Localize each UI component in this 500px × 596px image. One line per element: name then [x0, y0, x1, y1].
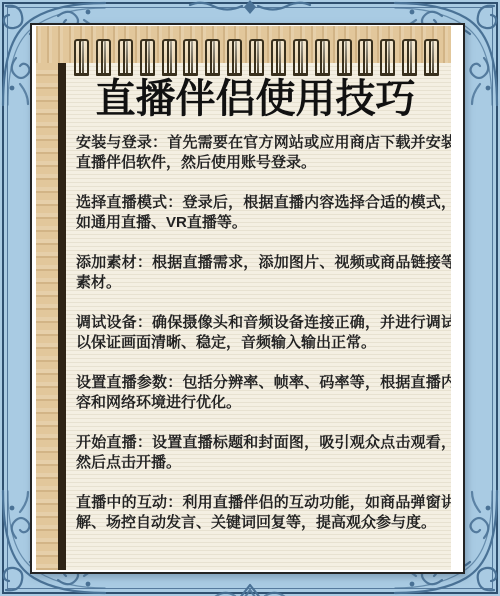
tip-section: 设置直播参数：包括分辨率、帧率、码率等，根据直播内容和网络环境进行优化。: [76, 373, 451, 413]
page-title: 直播伴侣使用技巧: [62, 76, 449, 122]
tip-heading: 直播中的互动：: [76, 494, 182, 511]
binding-ring-icon: [337, 39, 352, 76]
binding-ring-icon: [74, 39, 89, 76]
tip-section: 添加素材：根据直播需求，添加图片、视频或商品链接等素材。: [76, 253, 451, 293]
binding-ring-icon: [140, 39, 155, 76]
tip-section: 调试设备：确保摄像头和音频设备连接正确，并进行调试以保证画面清晰、稳定，音频输入…: [76, 313, 451, 353]
tip-section: 直播中的互动：利用直播伴侣的互动功能，如商品弹窗讲解、场控自动发言、关键词回复等…: [76, 493, 451, 533]
tip-heading: 开始直播：: [76, 434, 152, 451]
top-center-flourish-icon: [185, 0, 315, 18]
tip-heading: 安装与登录：: [76, 134, 167, 151]
binding-ring-icon: [293, 39, 308, 76]
binding-ring-icon: [271, 39, 286, 76]
spiral-binding: [74, 39, 439, 76]
binding-shadow: [58, 63, 66, 570]
binding-ring-icon: [424, 39, 439, 76]
binding-ring-icon: [96, 39, 111, 76]
tip-section: 开始直播：设置直播标题和封面图，吸引观众点击观看，然后点击开播。: [76, 433, 451, 473]
binding-ring-icon: [118, 39, 133, 76]
notepad: 直播伴侣使用技巧 安装与登录：首先需要在官方网站或应用商店下载并安装直播伴侣软件…: [36, 26, 451, 570]
binding-ring-icon: [315, 39, 330, 76]
binding-ring-icon: [162, 39, 177, 76]
binding-ring-icon: [380, 39, 395, 76]
tip-section: 选择直播模式：登录后，根据直播内容选择合适的模式，如通用直播、VR直播等。: [76, 193, 451, 233]
tip-heading: 添加素材：: [76, 254, 152, 271]
wood-board-left: [36, 63, 58, 570]
binding-ring-icon: [205, 39, 220, 76]
binding-ring-icon: [402, 39, 417, 76]
tip-heading: 设置直播参数：: [76, 374, 182, 391]
tip-heading: 选择直播模式：: [76, 194, 182, 211]
binding-ring-icon: [249, 39, 264, 76]
bottom-center-flourish-icon: [185, 583, 315, 596]
binding-ring-icon: [183, 39, 198, 76]
tip-section: 安装与登录：首先需要在官方网站或应用商店下载并安装直播伴侣软件，然后使用账号登录…: [76, 133, 451, 173]
tip-heading: 调试设备：: [76, 314, 152, 331]
notepad-card: 直播伴侣使用技巧 安装与登录：首先需要在官方网站或应用商店下载并安装直播伴侣软件…: [30, 23, 465, 574]
binding-ring-icon: [358, 39, 373, 76]
tips-list: 安装与登录：首先需要在官方网站或应用商店下载并安装直播伴侣软件，然后使用账号登录…: [76, 133, 451, 553]
binding-ring-icon: [227, 39, 242, 76]
poster-canvas: 直播伴侣使用技巧 安装与登录：首先需要在官方网站或应用商店下载并安装直播伴侣软件…: [0, 0, 500, 596]
